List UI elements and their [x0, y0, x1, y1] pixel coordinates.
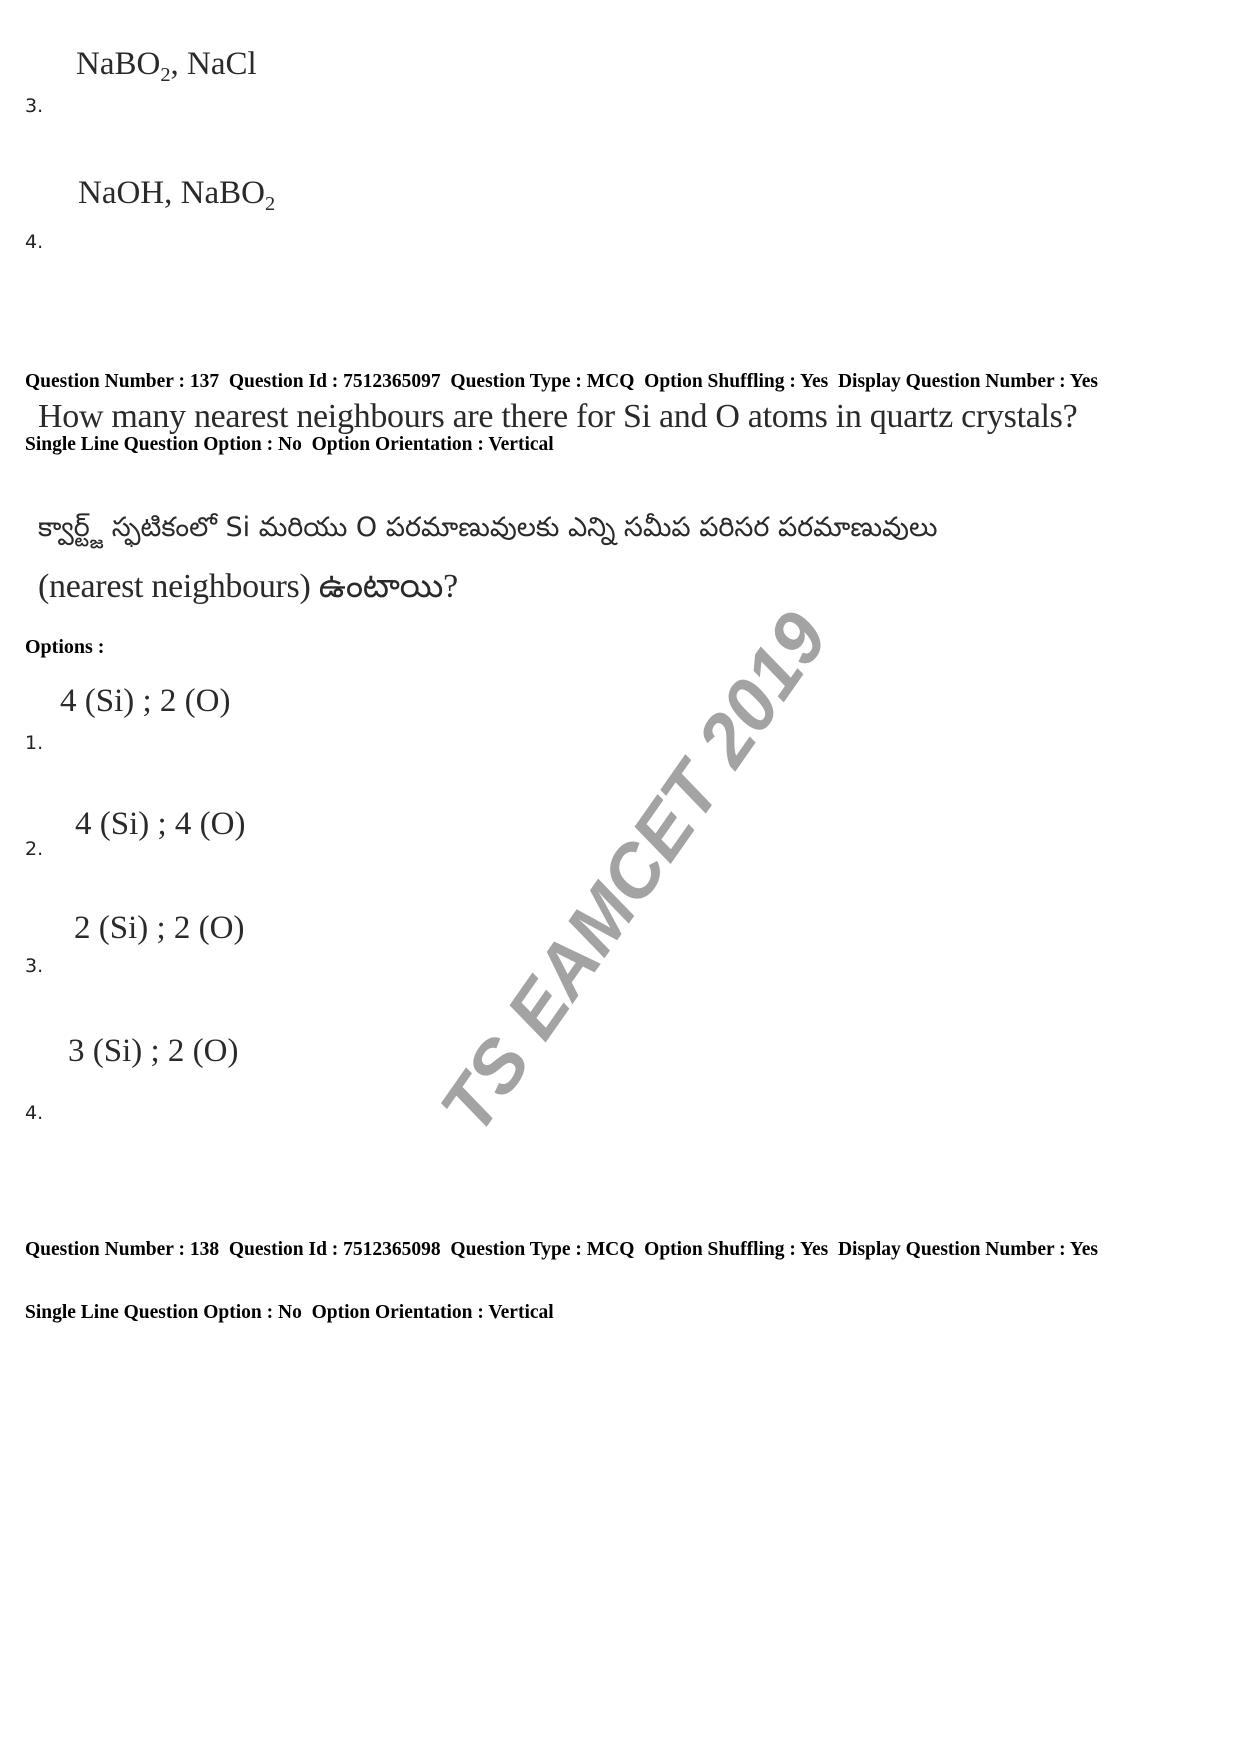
watermark: TS EAMCET 2019 — [423, 607, 837, 1147]
prev-option-3-text: NaBO2, NaCl — [76, 46, 257, 87]
prev-option-4-number: 4. — [25, 231, 43, 253]
option-2-text: 4 (Si) ; 4 (O) — [75, 806, 245, 843]
option-3-number: 3. — [25, 955, 43, 977]
formula-part: , NaCl — [171, 46, 257, 82]
question-138-meta-line1: Question Number : 138 Question Id : 7512… — [25, 1239, 1098, 1260]
option-4-number: 4. — [25, 1102, 43, 1124]
formula-subscript: 2 — [160, 64, 170, 86]
formula-subscript: 2 — [265, 193, 275, 215]
option-2-number: 2. — [25, 838, 43, 860]
formula-part: NaBO — [76, 46, 160, 82]
question-138-meta: Question Number : 138 Question Id : 7512… — [25, 1197, 1098, 1344]
option-3-text: 2 (Si) ; 2 (O) — [74, 910, 244, 947]
question-137-meta-line1: Question Number : 137 Question Id : 7512… — [25, 371, 1098, 392]
prev-option-4-text: NaOH, NaBO2 — [78, 175, 275, 216]
formula-part: NaOH, NaBO — [78, 175, 265, 211]
question-137-text-en: How many nearest neighbours are there fo… — [38, 398, 1077, 436]
option-1-number: 1. — [25, 732, 43, 754]
question-137-text-te-line1: క్వార్ట్జ్ స్ఫటికంలో Si మరియు O పరమాణువు… — [38, 512, 937, 550]
option-1-text: 4 (Si) ; 2 (O) — [60, 683, 230, 720]
question-137-meta-line2: Single Line Question Option : No Option … — [25, 434, 1098, 455]
prev-option-3-number: 3. — [25, 95, 43, 117]
option-4-text: 3 (Si) ; 2 (O) — [68, 1033, 238, 1070]
question-138-meta-line2: Single Line Question Option : No Option … — [25, 1302, 1098, 1323]
options-label: Options : — [25, 636, 104, 659]
question-137-text-te-line2: (nearest neighbours) ఉంటాయి? — [38, 568, 458, 614]
